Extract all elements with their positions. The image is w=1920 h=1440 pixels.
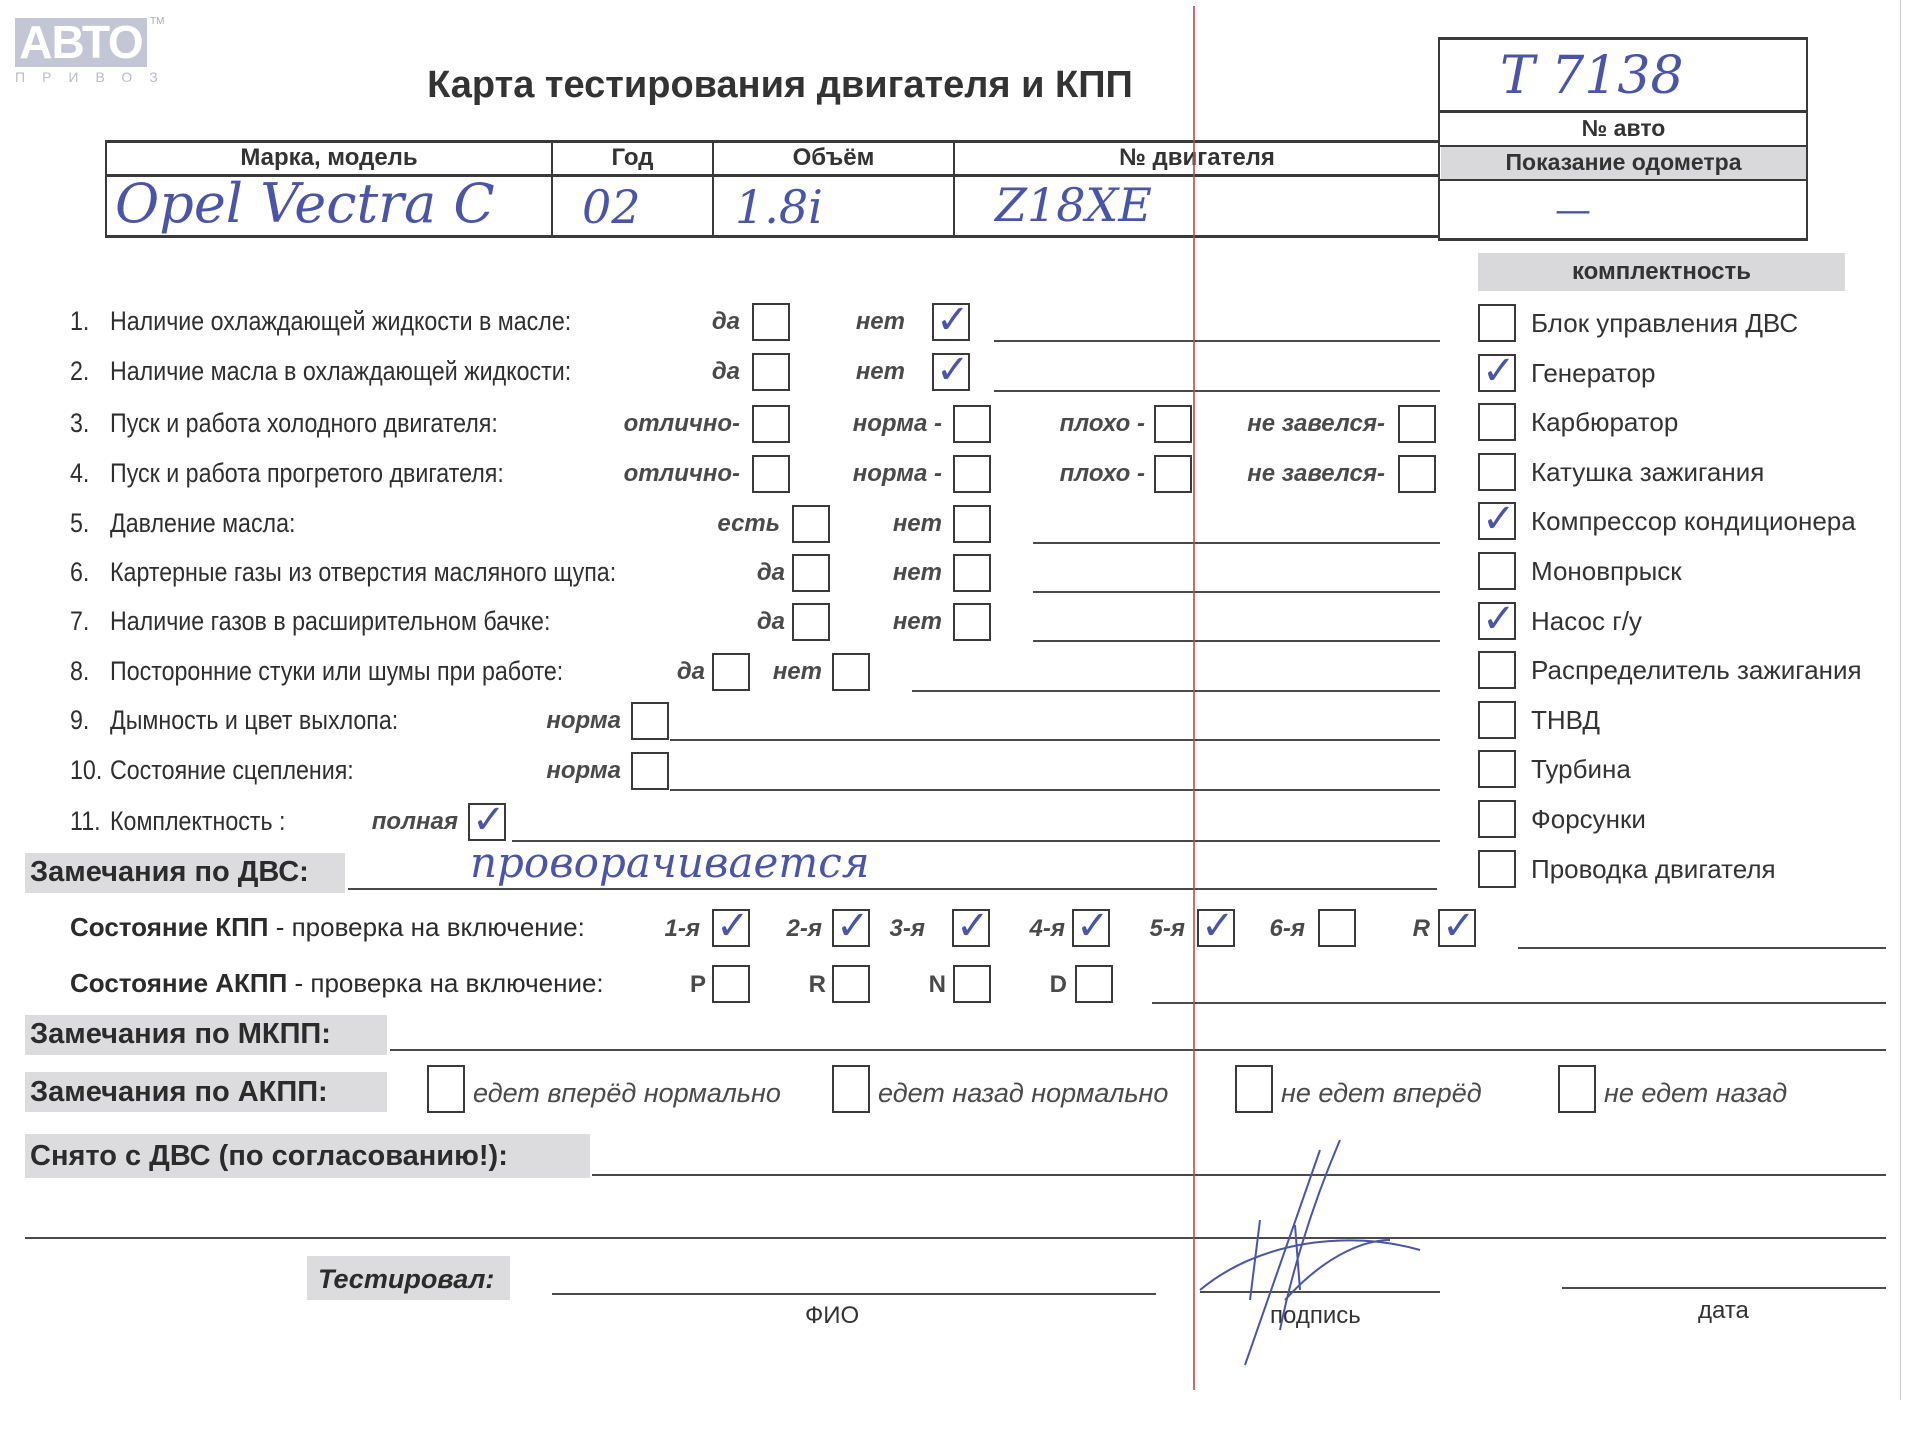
completeness-item-label: Проводка двигателя [1531,854,1776,885]
date-caption: дата [1698,1297,1749,1325]
completeness-item-label: Насос г/у [1531,606,1642,637]
completeness-checkbox[interactable] [1478,800,1516,838]
completeness-item-label: Катушка зажигания [1531,457,1764,488]
header-year: Год [553,144,712,172]
completeness-item-label: Компрессор кондиционера [1531,506,1856,537]
gear-label: 6-я [1225,915,1305,943]
completeness-checkbox[interactable] [1478,701,1516,739]
question-text: Состояние сцепления: [110,755,354,786]
completeness-checkbox[interactable] [1478,850,1516,888]
manual-gearbox-label-bold: Состояние КПП [70,912,269,942]
question-number: 3. [70,408,89,439]
completeness-checkbox[interactable] [1478,354,1516,392]
gear-checkbox[interactable] [1075,965,1113,1003]
completeness-item-label: Форсунки [1531,804,1646,835]
question-text: Наличие охлаждающей жидкости в масле: [110,306,571,337]
removed-label: Снято с ДВС (по согласованию!): [30,1140,508,1173]
gear-checkbox[interactable] [832,965,870,1003]
question-number: 4. [70,458,89,489]
question-text: Посторонние стуки или шумы при работе: [110,656,563,687]
make-model-value[interactable]: Opel Vectra C [115,172,495,235]
mkpp-remarks-label: Замечания по МКПП: [30,1018,331,1051]
akpp-option-checkbox[interactable] [1558,1065,1596,1113]
odometer-label: Показание одометра [1441,149,1806,176]
akpp-remarks-label: Замечания по АКПП: [30,1076,328,1109]
question-number: 11. [70,806,101,837]
notes-line[interactable] [670,739,1440,741]
notes-line[interactable] [670,789,1440,791]
option-checkbox[interactable] [953,554,991,592]
completeness-checkbox[interactable] [1478,502,1516,540]
completeness-checkbox[interactable] [1478,304,1516,342]
option-label: не завелся- [1225,460,1385,488]
option-checkbox[interactable] [953,505,991,543]
engine-remarks-label: Замечания по ДВС: [30,856,309,889]
akpp-option-label: едет назад нормально [878,1078,1168,1109]
completeness-checkbox[interactable] [1478,453,1516,491]
odometer-value[interactable]: — [1555,190,1591,231]
question-text: Комплектность : [110,806,285,837]
engine-remarks-line [348,888,1437,890]
option-checkbox[interactable] [1398,455,1436,493]
option-label: нет [782,510,942,538]
gear-label: P [646,971,706,999]
akpp-option-label: не едет назад [1604,1078,1787,1109]
option-label: отлично- [580,410,740,438]
gear-label: 3-я [845,915,925,943]
fio-line[interactable] [552,1293,1156,1295]
option-label: да [580,358,740,386]
question-text: Наличие газов в расширительном бачке: [110,606,550,637]
gear-checkbox[interactable] [1438,909,1476,947]
option-checkbox[interactable] [1398,405,1436,443]
option-label: да [625,559,785,587]
option-label: нет [662,658,822,686]
logo: АВТО [15,18,147,67]
completeness-item-label: Распределитель зажигания [1531,655,1862,686]
manual-gearbox-label: Состояние КПП - проверка на включение: [70,912,585,943]
removed-line-2[interactable] [25,1237,1886,1239]
option-checkbox[interactable] [631,752,669,790]
car-number-value[interactable]: T 7138 [1500,46,1684,106]
akpp-option-checkbox[interactable] [832,1065,870,1113]
completeness-item-label: Турбина [1531,754,1631,785]
completeness-checkbox[interactable] [1478,403,1516,441]
option-checkbox[interactable] [932,303,970,341]
completeness-checkbox[interactable] [1478,602,1516,640]
completeness-item-label: Генератор [1531,358,1656,389]
year-value[interactable]: 02 [582,180,641,234]
completeness-checkbox[interactable] [1478,552,1516,590]
gear-label: 4-я [985,915,1065,943]
completeness-item-label: Блок управления ДВС [1531,308,1798,339]
tested-by-label: Тестировал: [318,1264,494,1295]
question-number: 5. [70,508,89,539]
notes-line[interactable] [994,340,1440,342]
option-checkbox[interactable] [468,803,506,841]
gear-checkbox[interactable] [953,965,991,1003]
completeness-header: комплектность [1478,258,1845,286]
question-text: Пуск и работа холодного двигателя: [110,408,498,439]
gear-label: N [886,971,946,999]
option-checkbox[interactable] [832,653,870,691]
option-label: норма [461,707,621,735]
question-text: Картерные газы из отверстия масляного щу… [110,557,616,588]
gear-label: 2-я [742,915,822,943]
option-label: плохо - [985,460,1145,488]
gear-label: R [766,971,826,999]
question-number: 2. [70,356,89,387]
date-line[interactable] [1562,1287,1886,1289]
option-label: да [580,308,740,336]
option-checkbox[interactable] [631,702,669,740]
engine-number-value[interactable]: Z18XE [995,178,1152,232]
question-number: 1. [70,306,89,337]
completeness-item-label: ТНВД [1531,705,1600,736]
question-number: 8. [70,656,89,687]
page-edge [1900,0,1901,1400]
option-label: не завелся- [1225,410,1385,438]
akpp-option-label: не едет вперёд [1281,1078,1482,1109]
question-number: 9. [70,705,89,736]
header-engine-number: № двигателя [955,144,1439,172]
question-number: 6. [70,557,89,588]
question-text: Наличие масла в охлаждающей жидкости: [110,356,571,387]
signature-scribble [1190,1130,1510,1370]
mkpp-remarks-line[interactable] [390,1049,1886,1051]
option-label: плохо - [985,410,1145,438]
notes-line[interactable] [994,390,1440,392]
fio-caption: ФИО [805,1302,859,1330]
completeness-item-label: Карбюратор [1531,407,1678,438]
option-label: отлично- [580,460,740,488]
auto-gearbox-label: Состояние АКПП - проверка на включение: [70,968,604,999]
header-volume: Объём [714,144,953,172]
option-label: есть [620,510,780,538]
question-number: 10. [70,755,102,786]
completeness-checkbox[interactable] [1478,750,1516,788]
gear-label: D [1007,971,1067,999]
notes-line[interactable] [1033,640,1440,642]
engine-remarks-value[interactable]: проворачивается [470,838,870,887]
auto-gearbox-label-rest: - проверка на включение: [287,968,603,998]
option-label: нет [745,358,905,386]
option-label: да [625,608,785,636]
option-label: нет [782,608,942,636]
akpp-option-label: едет вперёд нормально [473,1078,781,1109]
car-number-label: № авто [1441,115,1806,142]
page-title: Карта тестирования двигателя и КПП [380,64,1180,107]
manual-gearbox-label-rest: - проверка на включение: [269,912,585,942]
question-text: Дымность и цвет выхлопа: [110,705,398,736]
completeness-checkbox[interactable] [1478,651,1516,689]
auto-gearbox-line [1152,1002,1886,1004]
option-label: норма - [782,410,942,438]
notes-line[interactable] [1033,591,1440,593]
manual-gearbox-line [1518,947,1886,949]
option-label: норма - [782,460,942,488]
logo-trademark: TM [150,16,164,27]
option-checkbox[interactable] [1154,455,1192,493]
option-label: норма [461,757,621,785]
question-text: Давление масла: [110,508,295,539]
option-label: нет [745,308,905,336]
completeness-item-label: Моновпрыск [1531,556,1682,587]
option-checkbox[interactable] [953,603,991,641]
notes-line[interactable] [912,690,1440,692]
auto-gearbox-label-bold: Состояние АКПП [70,968,287,998]
scan-fold-line [1193,6,1195,1390]
question-text: Пуск и работа прогретого двигателя: [110,458,504,489]
gear-label: 1-я [620,915,700,943]
volume-value[interactable]: 1.8i [735,180,823,234]
question-number: 7. [70,606,89,637]
header-make-model: Марка, модель [107,144,551,172]
option-checkbox[interactable] [1154,405,1192,443]
gear-label: 5-я [1105,915,1185,943]
logo-subtitle: ПРИВОЗ [15,69,175,85]
option-label: нет [782,559,942,587]
akpp-option-checkbox[interactable] [1235,1065,1273,1113]
gear-checkbox[interactable] [712,965,750,1003]
option-checkbox[interactable] [932,353,970,391]
akpp-option-checkbox[interactable] [427,1065,465,1113]
option-label: полная [298,808,458,836]
notes-line[interactable] [1033,542,1440,544]
gear-label: R [1350,915,1430,943]
